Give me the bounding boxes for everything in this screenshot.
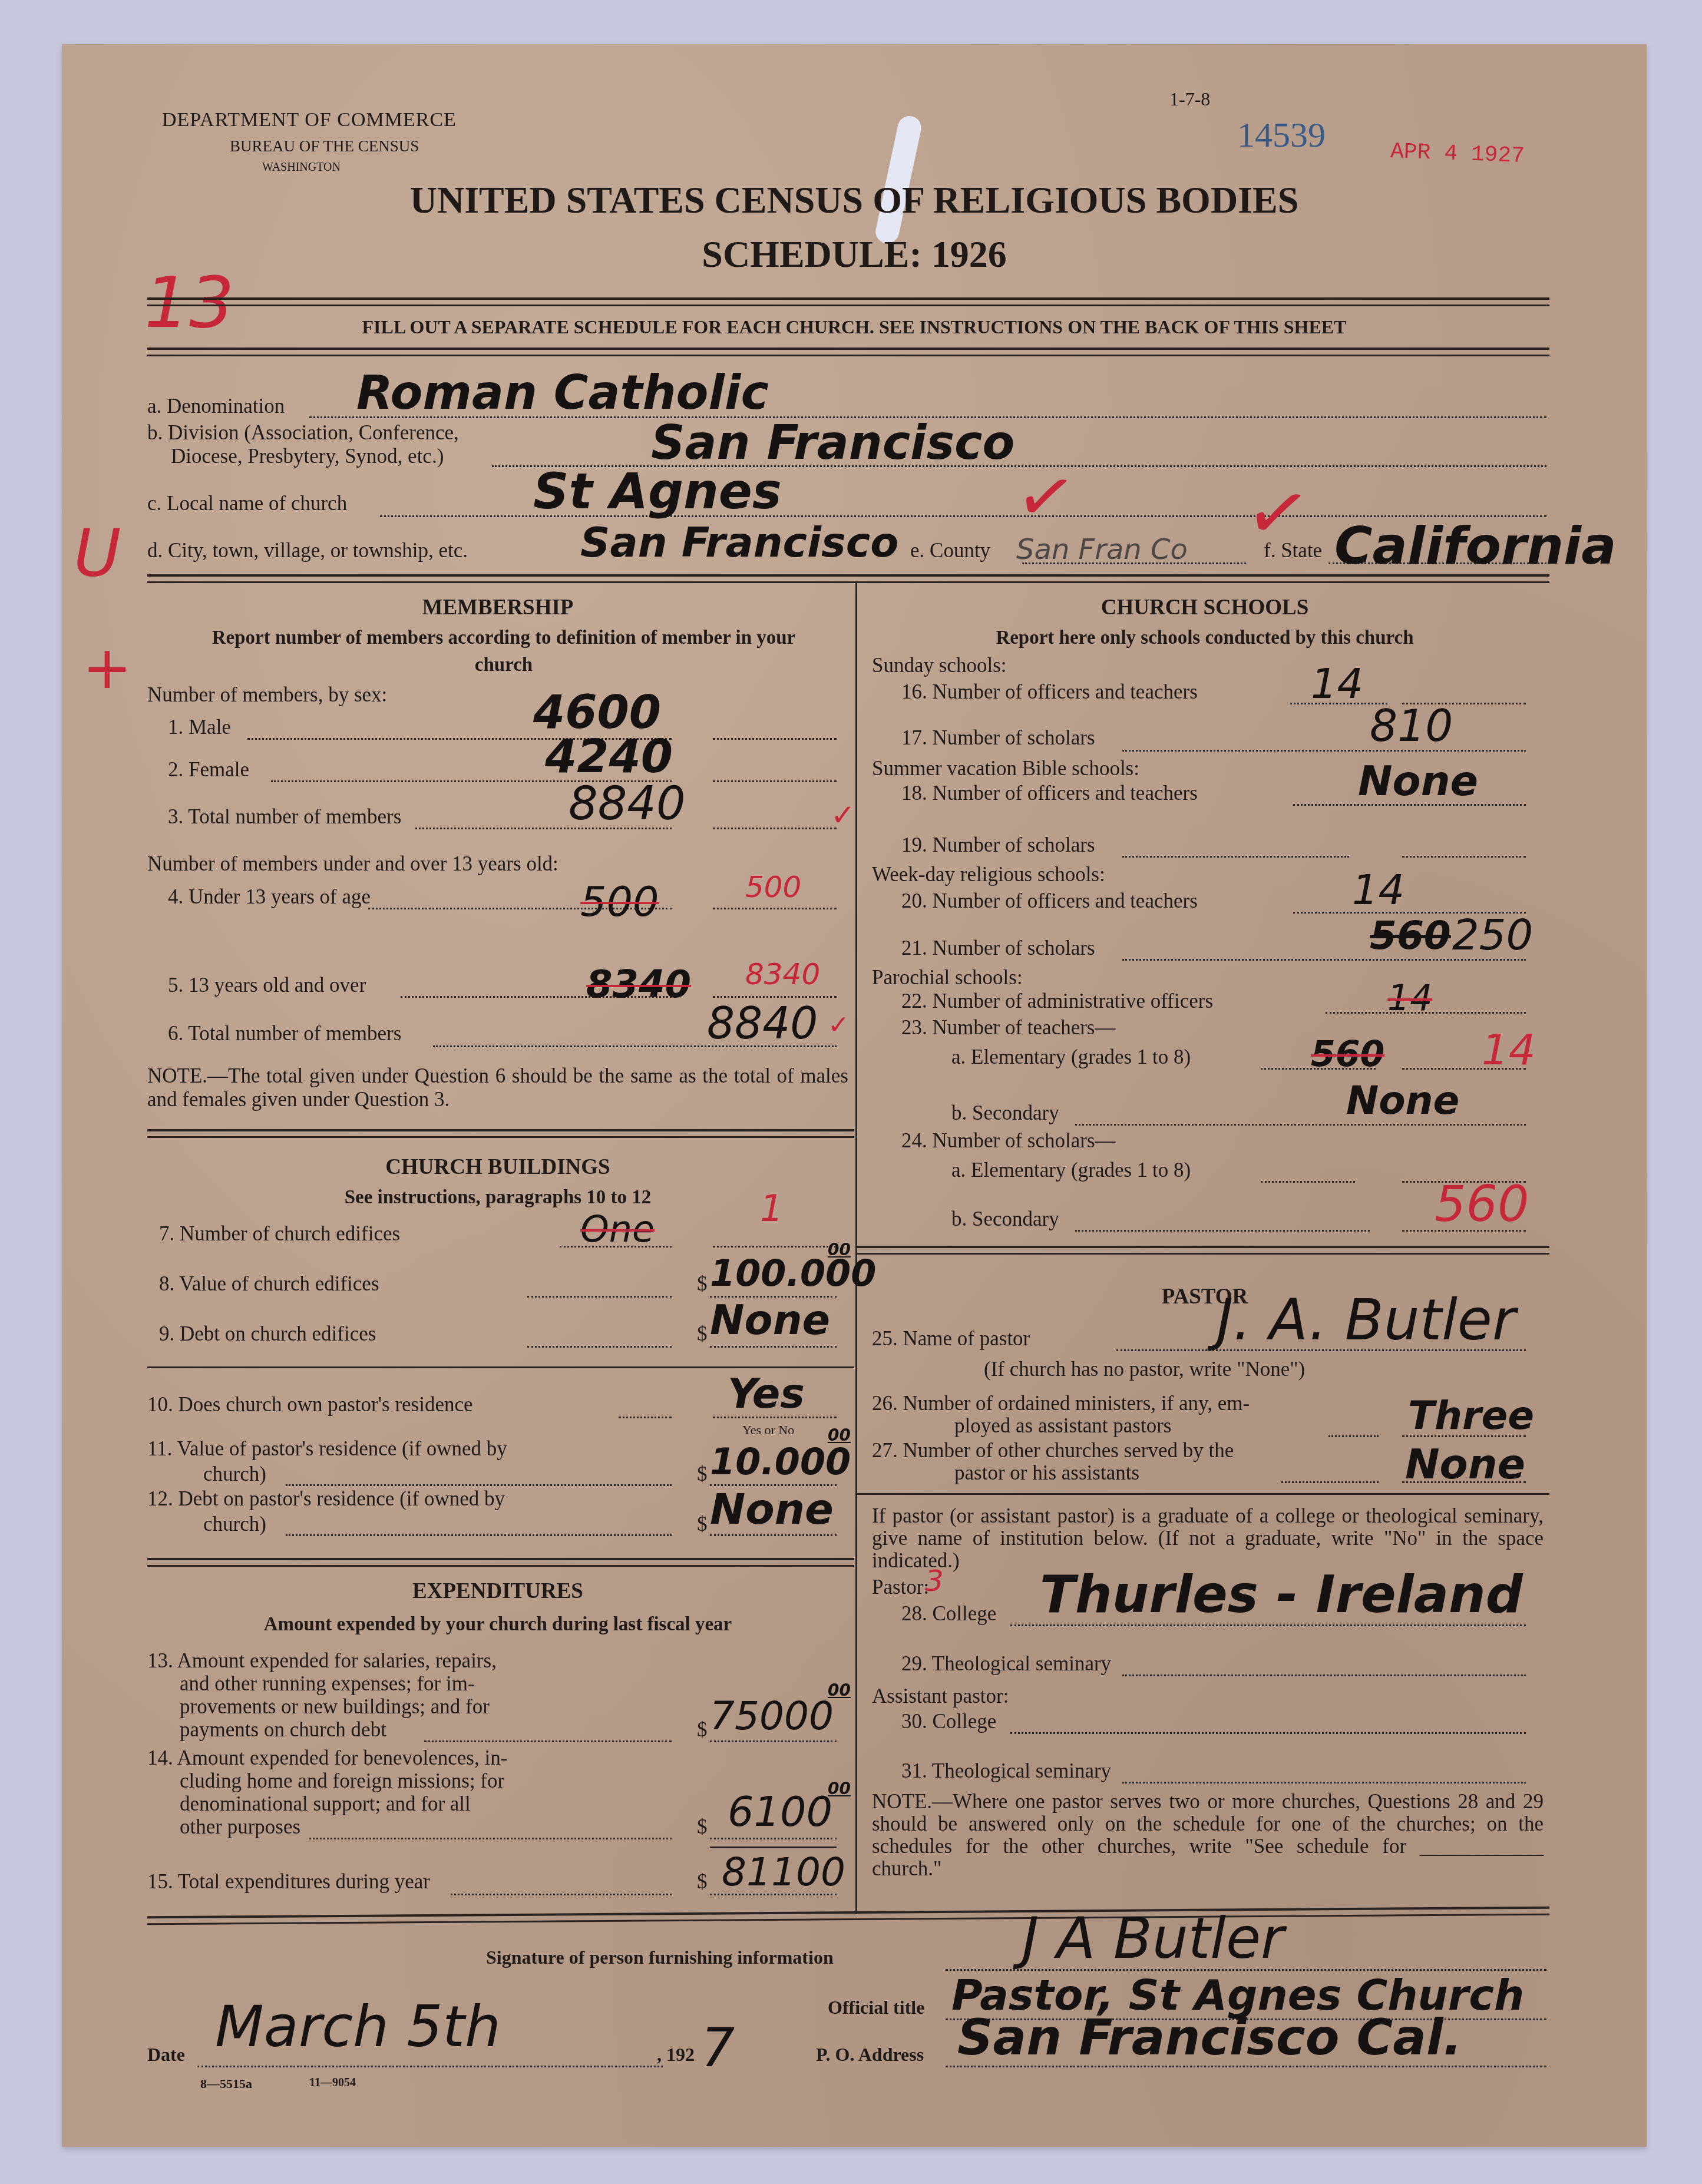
divider xyxy=(147,348,1549,356)
q28-line xyxy=(1010,1624,1526,1626)
weekday-label: Week-day religious schools: xyxy=(872,863,1105,886)
q23a-correction: 14 xyxy=(1482,1025,1536,1074)
q11-line xyxy=(286,1484,672,1486)
q5-label: 5. 13 years old and over xyxy=(168,974,366,997)
address-value[interactable]: San Francisco Cal. xyxy=(957,2008,1462,2066)
q4-correction: 500 xyxy=(745,870,801,904)
q21-label: 21. Number of scholars xyxy=(901,937,1095,960)
county-label: e. County xyxy=(910,539,990,562)
expenditures-subtitle: Amount expended by your church during la… xyxy=(147,1614,848,1636)
buildings-subtitle: See instructions, paragraphs 10 to 12 xyxy=(147,1187,848,1209)
margin-mark-plus: + xyxy=(82,633,132,702)
sunday-label: Sunday schools: xyxy=(872,654,1006,677)
q23-label: 23. Number of teachers— xyxy=(901,1016,1115,1040)
q25-label: 25. Name of pastor xyxy=(872,1327,1030,1351)
q11-dollar: $ xyxy=(697,1462,708,1486)
divider xyxy=(147,1558,854,1567)
q11-label-1: 11. Value of pastor's residence (if owne… xyxy=(147,1437,507,1461)
q10-value[interactable]: Yes xyxy=(728,1369,805,1418)
q24a-label: a. Elementary (grades 1 to 8) xyxy=(951,1159,1191,1182)
divider xyxy=(147,1907,1549,1925)
buildings-title: CHURCH BUILDINGS xyxy=(147,1154,848,1180)
q10-hint: Yes or No xyxy=(742,1422,794,1438)
q27-label-1: 27. Number of other churches served by t… xyxy=(872,1439,1234,1462)
margin-mark-u: U xyxy=(74,515,121,591)
q11-value[interactable]: 10.000 xyxy=(710,1440,851,1483)
q12-label-2: church) xyxy=(203,1513,266,1536)
q15-line xyxy=(451,1894,672,1895)
graduate-note: If pastor (or assistant pastor) is a gra… xyxy=(872,1505,1544,1572)
q30-label: 30. College xyxy=(901,1710,996,1733)
date-line xyxy=(197,2066,663,2067)
file-code: 1-7-8 xyxy=(1169,88,1210,110)
q28-label: 28. College xyxy=(901,1602,996,1626)
q14-label-4: other purposes xyxy=(180,1815,300,1839)
year-suffix[interactable]: 7 xyxy=(701,2017,735,2079)
q18-label: 18. Number of officers and teachers xyxy=(901,782,1198,805)
q25-hint: (If church has no pastor, write "None") xyxy=(984,1358,1305,1381)
q17-label: 17. Number of scholars xyxy=(901,726,1095,750)
q12-line xyxy=(286,1534,672,1536)
q27-label-2: pastor or his assistants xyxy=(954,1461,1139,1485)
divider xyxy=(857,1493,1549,1495)
divider xyxy=(147,1366,854,1368)
q1-label: 1. Male xyxy=(168,716,231,739)
q14-dollar: $ xyxy=(697,1815,708,1839)
q13-line xyxy=(424,1740,672,1742)
signature-label: Signature of person furnishing informati… xyxy=(486,1947,834,1968)
q12-label-1: 12. Debt on pastor's residence (if owned… xyxy=(147,1487,505,1511)
q7-value[interactable]: One xyxy=(580,1207,655,1250)
q3-label: 3. Total number of members xyxy=(168,805,401,829)
q24a-line xyxy=(1261,1181,1355,1183)
form-title: UNITED STATES CENSUS OF RELIGIOUS BODIES xyxy=(62,178,1647,222)
official-title-label: Official title xyxy=(828,1997,924,2018)
q13-dollar: $ xyxy=(697,1718,708,1742)
q17-line xyxy=(1122,750,1526,752)
division-label-2: Diocese, Presbytery, Synod, etc.) xyxy=(171,445,444,468)
membership-subtitle: Report number of members according to de… xyxy=(197,624,810,679)
form-code: 8—5515a xyxy=(200,2076,252,2092)
department-label: DEPARTMENT OF COMMERCE xyxy=(162,109,457,131)
date-label: Date xyxy=(147,2044,185,2066)
q31-line xyxy=(1122,1782,1526,1783)
q24-correction: 560 xyxy=(1435,1175,1529,1233)
q9-dollar: $ xyxy=(697,1322,708,1346)
q24b-label: b. Secondary xyxy=(951,1207,1059,1231)
address-label: P. O. Address xyxy=(816,2044,924,2066)
q22-label: 22. Number of administrative officers xyxy=(901,990,1213,1013)
q14-value[interactable]: 6100 xyxy=(728,1788,832,1836)
q3-office-line xyxy=(713,828,837,829)
q31-label: 31. Theological seminary xyxy=(901,1759,1111,1783)
expenditures-title: EXPENDITURES xyxy=(147,1579,848,1604)
q23b-label: b. Secondary xyxy=(951,1101,1059,1125)
q14-label-3: denominational support; and for all xyxy=(180,1792,471,1816)
q4-value[interactable]: 500 xyxy=(580,878,659,926)
parochial-label: Parochial schools: xyxy=(872,966,1023,990)
q9-line xyxy=(527,1346,672,1348)
q8-cents: 00 xyxy=(828,1240,851,1259)
q29-line xyxy=(1122,1675,1526,1676)
q23b-line xyxy=(1075,1124,1526,1126)
sum-line xyxy=(710,1847,837,1848)
denomination-label: a. Denomination xyxy=(147,395,285,418)
q13-value[interactable]: 75000 xyxy=(710,1693,834,1739)
q16-label: 16. Number of officers and teachers xyxy=(901,680,1198,704)
bureau-label: BUREAU OF THE CENSUS xyxy=(230,137,419,155)
q13-label-4: payments on church debt xyxy=(180,1718,386,1742)
q8-dollar: $ xyxy=(697,1272,708,1296)
q7-label: 7. Number of church edifices xyxy=(159,1222,400,1246)
assistant-label: Assistant pastor: xyxy=(872,1685,1009,1708)
q5-correction: 8340 xyxy=(745,957,820,991)
divider xyxy=(147,1129,854,1138)
q13-label-1: 13. Amount expended for salaries, repair… xyxy=(147,1649,497,1673)
q14-amount-line xyxy=(710,1838,837,1839)
q27-value[interactable]: None xyxy=(1405,1440,1525,1488)
stamp-number: 14539 xyxy=(1237,115,1326,155)
q24b-line xyxy=(1075,1230,1370,1232)
q8-value[interactable]: 100.000 xyxy=(710,1252,876,1295)
schools-subtitle: Report here only schools conducted by th… xyxy=(863,627,1546,649)
q26-line xyxy=(1328,1435,1379,1437)
city-value[interactable]: San Francisco xyxy=(580,518,898,567)
q3-value[interactable]: 8840 xyxy=(569,777,686,830)
q13-label-3: provements or new buildings; and for xyxy=(180,1695,490,1719)
q22-value[interactable]: 14 xyxy=(1387,978,1432,1019)
q19-office-line xyxy=(1402,856,1526,858)
q19-line xyxy=(1122,856,1349,858)
state-label: f. State xyxy=(1264,539,1322,562)
division-label-1: b. Division (Association, Conference, xyxy=(147,421,459,445)
city-label: WASHINGTON xyxy=(262,161,341,174)
divider xyxy=(857,1246,1549,1255)
q10-label: 10. Does church own pastor's residence xyxy=(147,1393,473,1417)
q14-cents: 00 xyxy=(828,1779,851,1798)
q29-label: 29. Theological seminary xyxy=(901,1652,1111,1676)
census-schedule-page: DEPARTMENT OF COMMERCE BUREAU OF THE CEN… xyxy=(62,44,1647,2147)
q6-check: ✓ xyxy=(828,1010,850,1040)
q9-label: 9. Debt on church edifices xyxy=(159,1322,376,1346)
q6-value[interactable]: 8840 xyxy=(707,998,818,1049)
denomination-value[interactable]: Roman Catholic xyxy=(356,365,769,420)
divider xyxy=(147,297,1549,306)
q12-dollar: $ xyxy=(697,1513,708,1536)
q12-amount-line xyxy=(710,1534,837,1536)
q16-value[interactable]: 14 xyxy=(1311,660,1363,708)
q21-struck-value: 560 xyxy=(1370,913,1451,958)
state-value[interactable]: California xyxy=(1334,515,1617,576)
q4-office-line xyxy=(713,908,837,909)
q14-label-1: 14. Amount expended for benevolences, in… xyxy=(147,1746,507,1770)
q10-line xyxy=(619,1417,672,1418)
q20-label: 20. Number of officers and teachers xyxy=(901,889,1198,913)
q7-office-line xyxy=(713,1246,837,1247)
by-age-label: Number of members under and over 13 year… xyxy=(147,852,558,876)
membership-note: NOTE.—The total given under Question 6 s… xyxy=(147,1064,848,1111)
membership-title: MEMBERSHIP xyxy=(147,595,848,620)
q9-value[interactable]: None xyxy=(710,1296,830,1344)
q2-label: 2. Female xyxy=(168,758,249,782)
date-value[interactable]: March 5th xyxy=(215,1994,501,2060)
q26-label-1: 26. Number of ordained ministers, if any… xyxy=(872,1392,1250,1415)
q23b-value[interactable]: None xyxy=(1346,1078,1459,1123)
q4-label: 4. Under 13 years of age xyxy=(168,885,371,909)
pastor-sub-label: Pastor: xyxy=(872,1576,929,1599)
q5-value[interactable]: 8340 xyxy=(586,963,691,1007)
q11-cents: 00 xyxy=(828,1425,851,1445)
form-subtitle: SCHEDULE: 1926 xyxy=(62,233,1647,276)
q12-value[interactable]: None xyxy=(710,1484,834,1534)
q20-value[interactable]: 14 xyxy=(1352,866,1404,914)
q25-value[interactable]: J. A. Butler xyxy=(1217,1287,1515,1353)
q15-dollar: $ xyxy=(697,1870,708,1894)
q23a-label: a. Elementary (grades 1 to 8) xyxy=(951,1045,1191,1069)
q13-cents: 00 xyxy=(828,1680,851,1700)
print-code: 11—9054 xyxy=(309,2076,356,2090)
q14-label-2: cluding home and foreign missions; for xyxy=(180,1769,504,1793)
q18-value[interactable]: None xyxy=(1358,757,1478,805)
signature-value[interactable]: J A Butler xyxy=(1022,1905,1284,1971)
q8-line xyxy=(527,1296,672,1298)
q15-value[interactable]: 81100 xyxy=(722,1849,845,1895)
stamp-date: APR 4 1927 xyxy=(1390,139,1525,169)
q27-line xyxy=(1281,1481,1379,1483)
city-label: d. City, town, village, or township, etc… xyxy=(147,539,468,562)
q2-value[interactable]: 4240 xyxy=(545,730,673,783)
q13-label-2: and other running expenses; for im- xyxy=(180,1672,475,1696)
year-prefix: , 192 xyxy=(657,2044,695,2066)
q1-office-line xyxy=(713,738,837,740)
pastor-mark: 3 xyxy=(925,1564,944,1598)
pastor-note: NOTE.—Where one pastor serves two or mor… xyxy=(872,1791,1544,1880)
instruction-banner: FILL OUT A SEPARATE SCHEDULE FOR EACH CH… xyxy=(62,316,1647,338)
q2-office-line xyxy=(713,780,837,782)
q5-office-line xyxy=(713,996,837,998)
summer-label: Summer vacation Bible schools: xyxy=(872,757,1139,780)
q11-label-2: church) xyxy=(203,1462,266,1486)
local-name-label: c. Local name of church xyxy=(147,492,347,515)
q6-label: 6. Total number of members xyxy=(168,1022,401,1045)
q24-label: 24. Number of scholars— xyxy=(901,1129,1116,1153)
local-name-value[interactable]: St Agnes xyxy=(533,462,782,520)
q13-amount-line xyxy=(710,1740,837,1742)
schools-title: CHURCH SCHOOLS xyxy=(863,595,1546,620)
q15-label: 15. Total expenditures during year xyxy=(147,1870,430,1894)
q28-value[interactable]: Thurles - Ireland xyxy=(1040,1564,1523,1624)
q7-correction: 1 xyxy=(760,1187,783,1230)
q8-label: 8. Value of church edifices xyxy=(159,1272,379,1296)
q26-label-2: ployed as assistant pastors xyxy=(954,1414,1171,1438)
q3-check: ✓ xyxy=(831,798,855,832)
q17-value[interactable]: 810 xyxy=(1370,701,1453,752)
q14-line xyxy=(309,1838,672,1839)
q21-value[interactable]: 250 xyxy=(1452,910,1533,959)
divider xyxy=(147,574,1549,583)
q23a-value[interactable]: 560 xyxy=(1311,1034,1384,1075)
q19-label: 19. Number of scholars xyxy=(901,833,1095,857)
q30-line xyxy=(1010,1732,1526,1734)
q26-value[interactable]: Three xyxy=(1408,1393,1534,1438)
q9-amount-line xyxy=(710,1346,837,1348)
by-sex-label: Number of members, by sex: xyxy=(147,683,387,707)
